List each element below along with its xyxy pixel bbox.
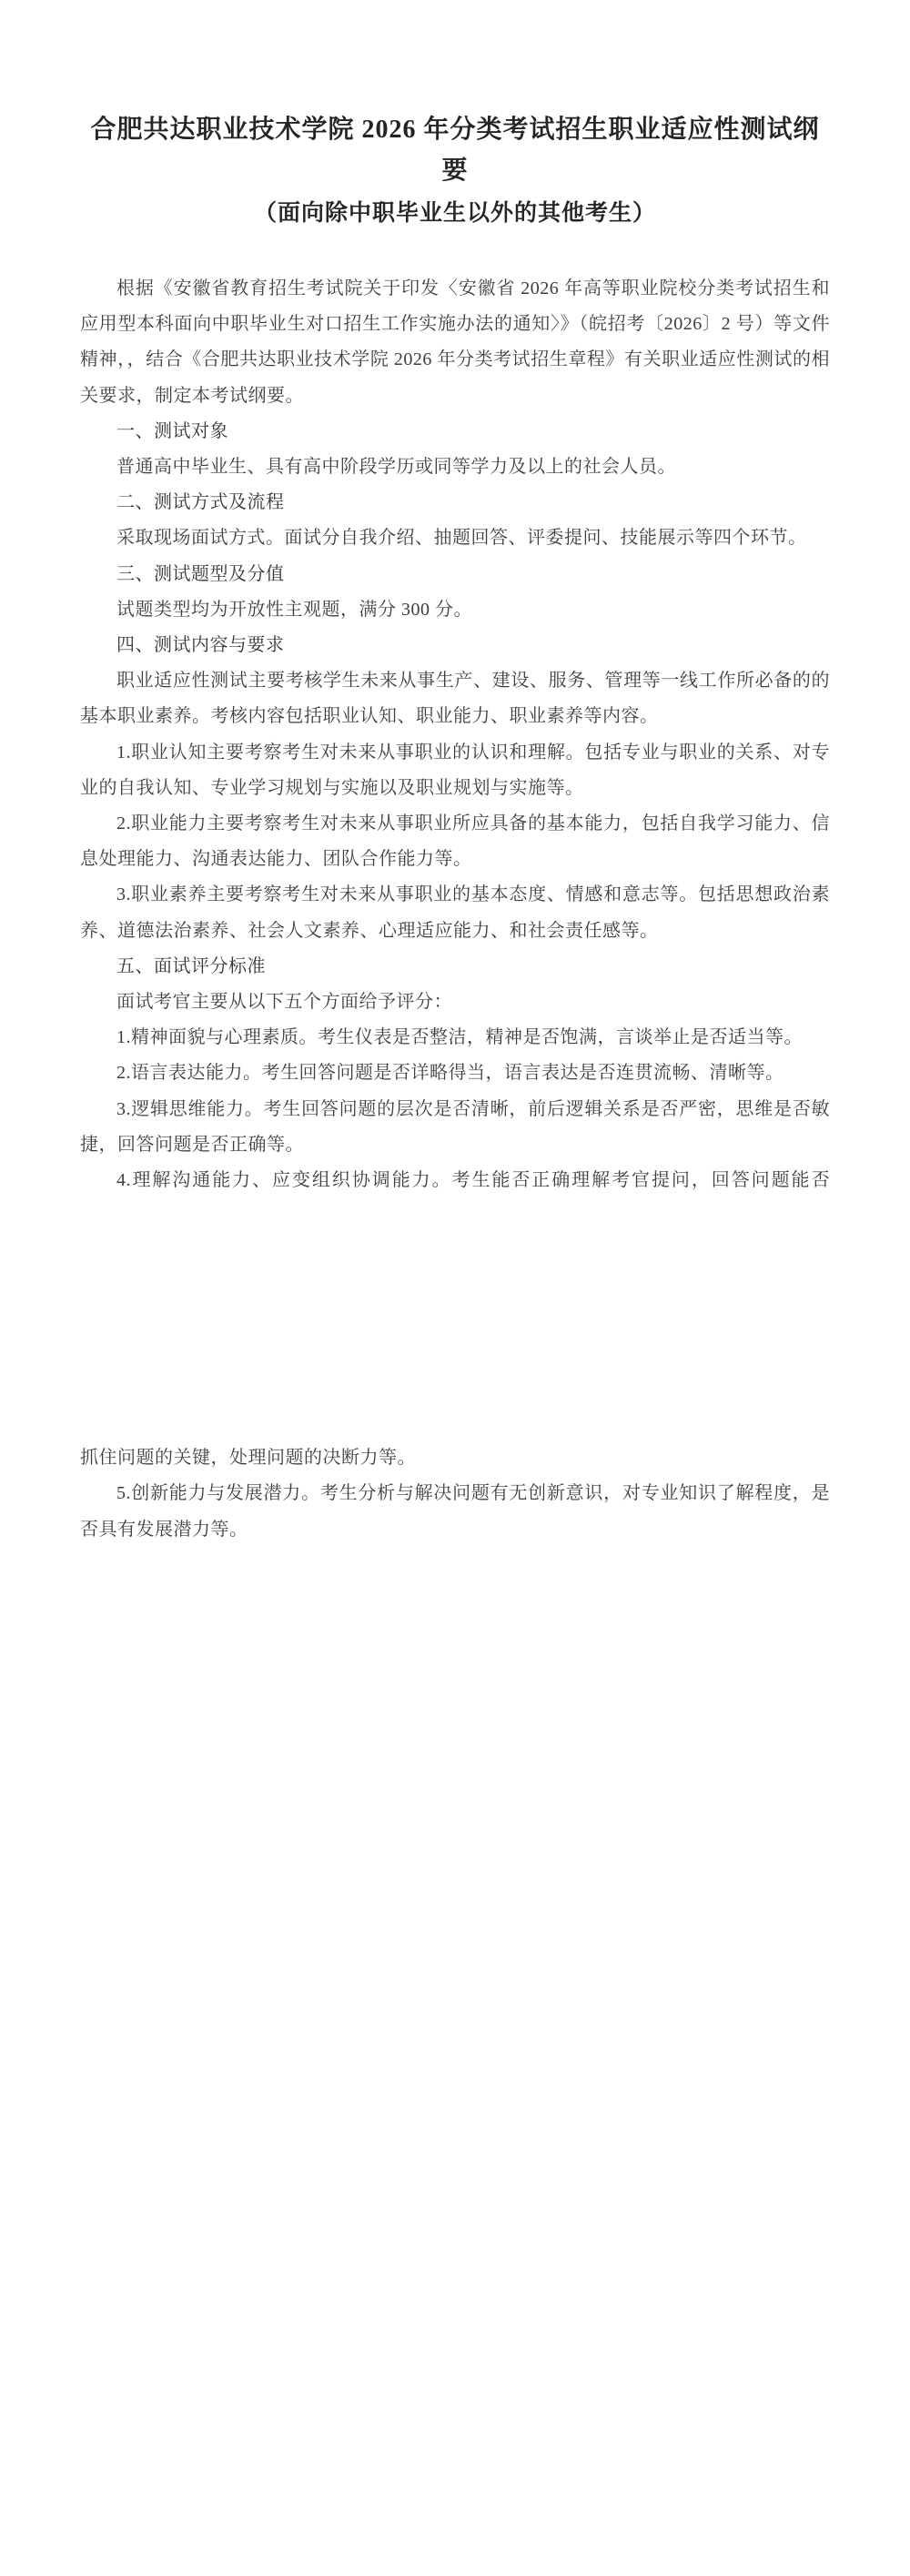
section-heading-question-type: 三、测试题型及分值 [80,557,830,592]
doc-title-line2: （面向除中职毕业生以外的其他考生） [80,191,830,237]
list-item: 3.职业素养主要考察考生对未来从事职业的基本态度、情感和意志等。包括思想政治素养… [80,877,830,948]
list-item: 2.职业能力主要考察考生对未来从事职业所应具备的基本能力，包括自我学习能力、信息… [80,806,830,877]
document-page: 合肥共达职业技术学院 2026 年分类考试招生职业适应性测试纲要 （面向除中职毕… [0,0,910,2576]
paragraph: 面试考官主要从以下五个方面给予评分： [80,985,830,1020]
doc-body: 根据《安徽省教育招生考试院关于印发〈安徽省 2026 年高等职业院校分类考试招生… [80,271,830,1548]
section-heading-scoring-criteria: 五、面试评分标准 [80,949,830,985]
section-heading-test-target: 一、测试对象 [80,414,830,450]
list-item: 5.创新能力与发展潜力。考生分析与解决问题有无创新意识，对专业知识了解程度，是否… [80,1476,830,1547]
list-item: 1.精神面貌与心理素质。考生仪表是否整洁，精神是否饱满，言谈举止是否适当等。 [80,1020,830,1056]
document-content: 合肥共达职业技术学院 2026 年分类考试招生职业适应性测试纲要 （面向除中职毕… [0,0,910,1548]
paragraph: 职业适应性测试主要考核学生未来从事生产、建设、服务、管理等一线工作所必备的的基本… [80,663,830,734]
intro-paragraph: 根据《安徽省教育招生考试院关于印发〈安徽省 2026 年高等职业院校分类考试招生… [80,271,830,414]
paragraph: 采取现场面试方式。面试分自我介绍、抽题回答、评委提问、技能展示等四个环节。 [80,520,830,556]
page-break-gap [80,1198,830,1440]
paragraph: 普通高中毕业生、具有高中阶段学历或同等学力及以上的社会人员。 [80,450,830,485]
paragraph: 试题类型均为开放性主观题，满分 300 分。 [80,592,830,628]
list-item-continuation: 抓住问题的关键，处理问题的决断力等。 [80,1440,830,1476]
doc-title-line1: 合肥共达职业技术学院 2026 年分类考试招生职业适应性测试纲要 [80,109,830,191]
list-item: 3.逻辑思维能力。考生回答问题的层次是否清晰，前后逻辑关系是否严密，思维是否敏捷… [80,1092,830,1163]
section-heading-test-content: 四、测试内容与要求 [80,628,830,663]
list-item: 2.语言表达能力。考生回答问题是否详略得当，语言表达是否连贯流畅、清晰等。 [80,1056,830,1091]
list-item: 1.职业认知主要考察考生对未来从事职业的认识和理解。包括专业与职业的关系、对专业… [80,735,830,806]
section-heading-test-method: 二、测试方式及流程 [80,485,830,520]
list-item-fragment: 4.理解沟通能力、应变组织协调能力。考生能否正确理解考官提问，回答问题能否 [80,1163,830,1198]
